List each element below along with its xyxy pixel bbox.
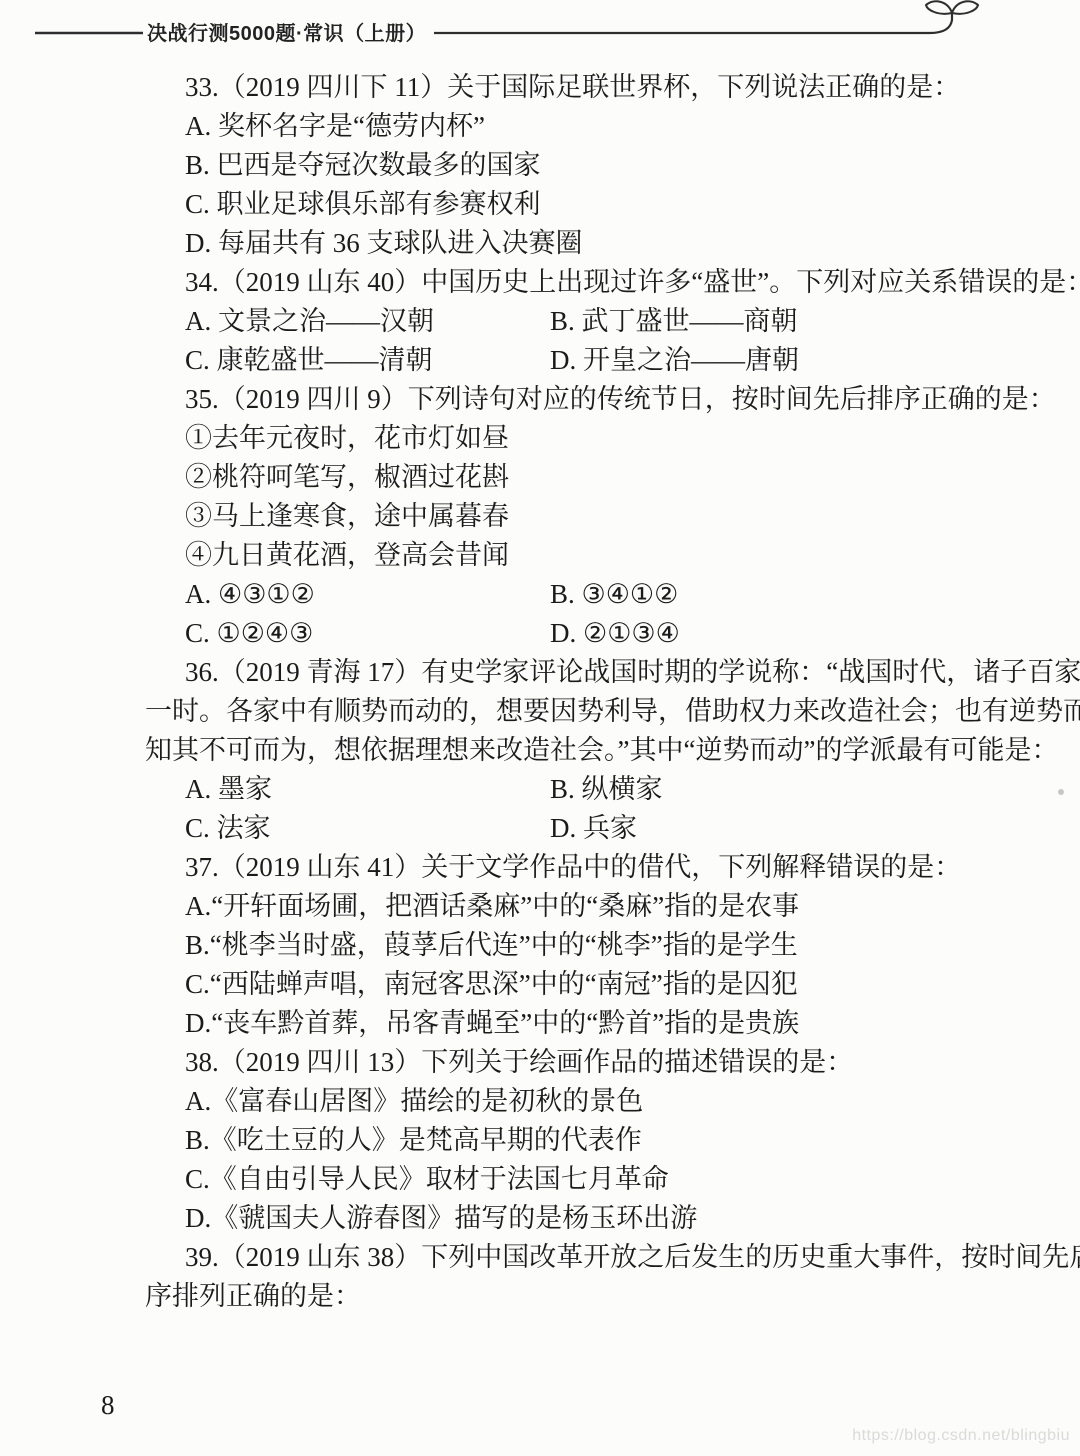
question-35: 35.（2019 四川 9）下列诗句对应的传统节日，按时间先后排序正确的是：①去…: [145, 380, 985, 653]
option: A.《富春山居图》描绘的是初秋的景色: [145, 1082, 985, 1121]
options-row: A. ④③①②B. ③④①②: [145, 575, 985, 614]
option: D.“丧车黔首葬，吊客青蝇至”中的“黔首”指的是贵族: [145, 1004, 985, 1043]
questions: 33.（2019 四川下 11）关于国际足联世界杯，下列说法正确的是：A. 奖杯…: [145, 68, 985, 1316]
question-39: 39.（2019 山东 38）下列中国改革开放之后发生的历史重大事件，按时间先后…: [145, 1238, 985, 1316]
question-stem-line: 知其不可而为，想依据理想来改造社会。”其中“逆势而动”的学派最有可能是：: [145, 731, 985, 770]
question-stem-line: 34.（2019 山东 40）中国历史上出现过许多“盛世”。下列对应关系错误的是…: [145, 263, 985, 302]
question-38: 38.（2019 四川 13）下列关于绘画作品的描述错误的是：A.《富春山居图》…: [145, 1043, 985, 1238]
header-rule-right: [434, 13, 952, 33]
option: B. 巴西是夺冠次数最多的国家: [145, 146, 985, 185]
options-row: A. 文景之治——汉朝B. 武丁盛世——商朝: [145, 302, 985, 341]
book-title: 决战行测5000题·常识（上册）: [147, 17, 437, 46]
options-row: C. 康乾盛世——清朝D. 开皇之治——唐朝: [145, 341, 985, 380]
page-number: 8: [101, 1390, 115, 1421]
options-row: C. 法家D. 兵家: [145, 809, 985, 848]
numbered-item: ④九日黄花酒，登高会昔闻: [145, 536, 985, 575]
option: C.《自由引导人民》取材于法国七月革命: [145, 1160, 985, 1199]
option: A. 奖杯名字是“德劳内杯”: [145, 107, 985, 146]
option: A. 文景之治——汉朝: [185, 302, 550, 341]
book-page: 决战行测5000题·常识（上册） 33.（2019 四川下 11）关于国际足联世…: [0, 0, 1080, 1456]
option: D. ②①③④: [550, 614, 985, 653]
question-stem-line: 39.（2019 山东 38）下列中国改革开放之后发生的历史重大事件，按时间先后…: [145, 1238, 985, 1277]
option: A. ④③①②: [185, 575, 550, 614]
question-36: 36.（2019 青海 17）有史学家评论战国时期的学说称：“战国时代，诸子百家…: [145, 653, 985, 848]
question-stem-line: 一时。各家中有顺势而动的，想要因势利导，借助权力来改造社会；也有逆势而动的，: [145, 692, 985, 731]
option: A. 墨家: [185, 770, 550, 809]
option: C. 法家: [185, 809, 550, 848]
option: C. 职业足球俱乐部有参赛权利: [145, 185, 985, 224]
question-stem-line: 序排列正确的是：: [145, 1277, 985, 1316]
question-stem-line: 36.（2019 青海 17）有史学家评论战国时期的学说称：“战国时代，诸子百家…: [145, 653, 985, 692]
option: B. 武丁盛世——商朝: [550, 302, 985, 341]
option: B.《吃土豆的人》是梵高早期的代表作: [145, 1121, 985, 1160]
question-stem-line: 33.（2019 四川下 11）关于国际足联世界杯，下列说法正确的是：: [145, 68, 985, 107]
options-row: C. ①②④③D. ②①③④: [145, 614, 985, 653]
question-34: 34.（2019 山东 40）中国历史上出现过许多“盛世”。下列对应关系错误的是…: [145, 263, 985, 380]
scan-speck: [1058, 789, 1064, 795]
option: A.“开轩面场圃，把酒话桑麻”中的“桑麻”指的是农事: [145, 887, 985, 926]
question-stem-line: 35.（2019 四川 9）下列诗句对应的传统节日，按时间先后排序正确的是：: [145, 380, 985, 419]
question-stem-line: 37.（2019 山东 41）关于文学作品中的借代，下列解释错误的是：: [145, 848, 985, 887]
option: D. 兵家: [550, 809, 985, 848]
option: B. ③④①②: [550, 575, 985, 614]
option: D. 每届共有 36 支球队进入决赛圈: [145, 224, 985, 263]
options-row: A. 墨家B. 纵横家: [145, 770, 985, 809]
question-37: 37.（2019 山东 41）关于文学作品中的借代，下列解释错误的是：A.“开轩…: [145, 848, 985, 1043]
option: B. 纵横家: [550, 770, 985, 809]
numbered-item: ②桃符呵笔写，椒酒过花斟: [145, 458, 985, 497]
question-33: 33.（2019 四川下 11）关于国际足联世界杯，下列说法正确的是：A. 奖杯…: [145, 68, 985, 263]
option: C.“西陆蝉声唱，南冠客思深”中的“南冠”指的是囚犯: [145, 965, 985, 1004]
numbered-item: ①去年元夜时，花市灯如昼: [145, 419, 985, 458]
option: C. 康乾盛世——清朝: [185, 341, 550, 380]
leaf-icon: [926, 1, 978, 14]
option: C. ①②④③: [185, 614, 550, 653]
watermark: https://blog.csdn.net/blingbiu: [852, 1427, 1070, 1445]
numbered-item: ③马上逢寒食，途中属暮春: [145, 497, 985, 536]
option: D.《虢国夫人游春图》描写的是杨玉环出游: [145, 1199, 985, 1238]
option: D. 开皇之治——唐朝: [550, 341, 985, 380]
option: B.“桃李当时盛，葭莩后代连”中的“桃李”指的是学生: [145, 926, 985, 965]
question-stem-line: 38.（2019 四川 13）下列关于绘画作品的描述错误的是：: [145, 1043, 985, 1082]
